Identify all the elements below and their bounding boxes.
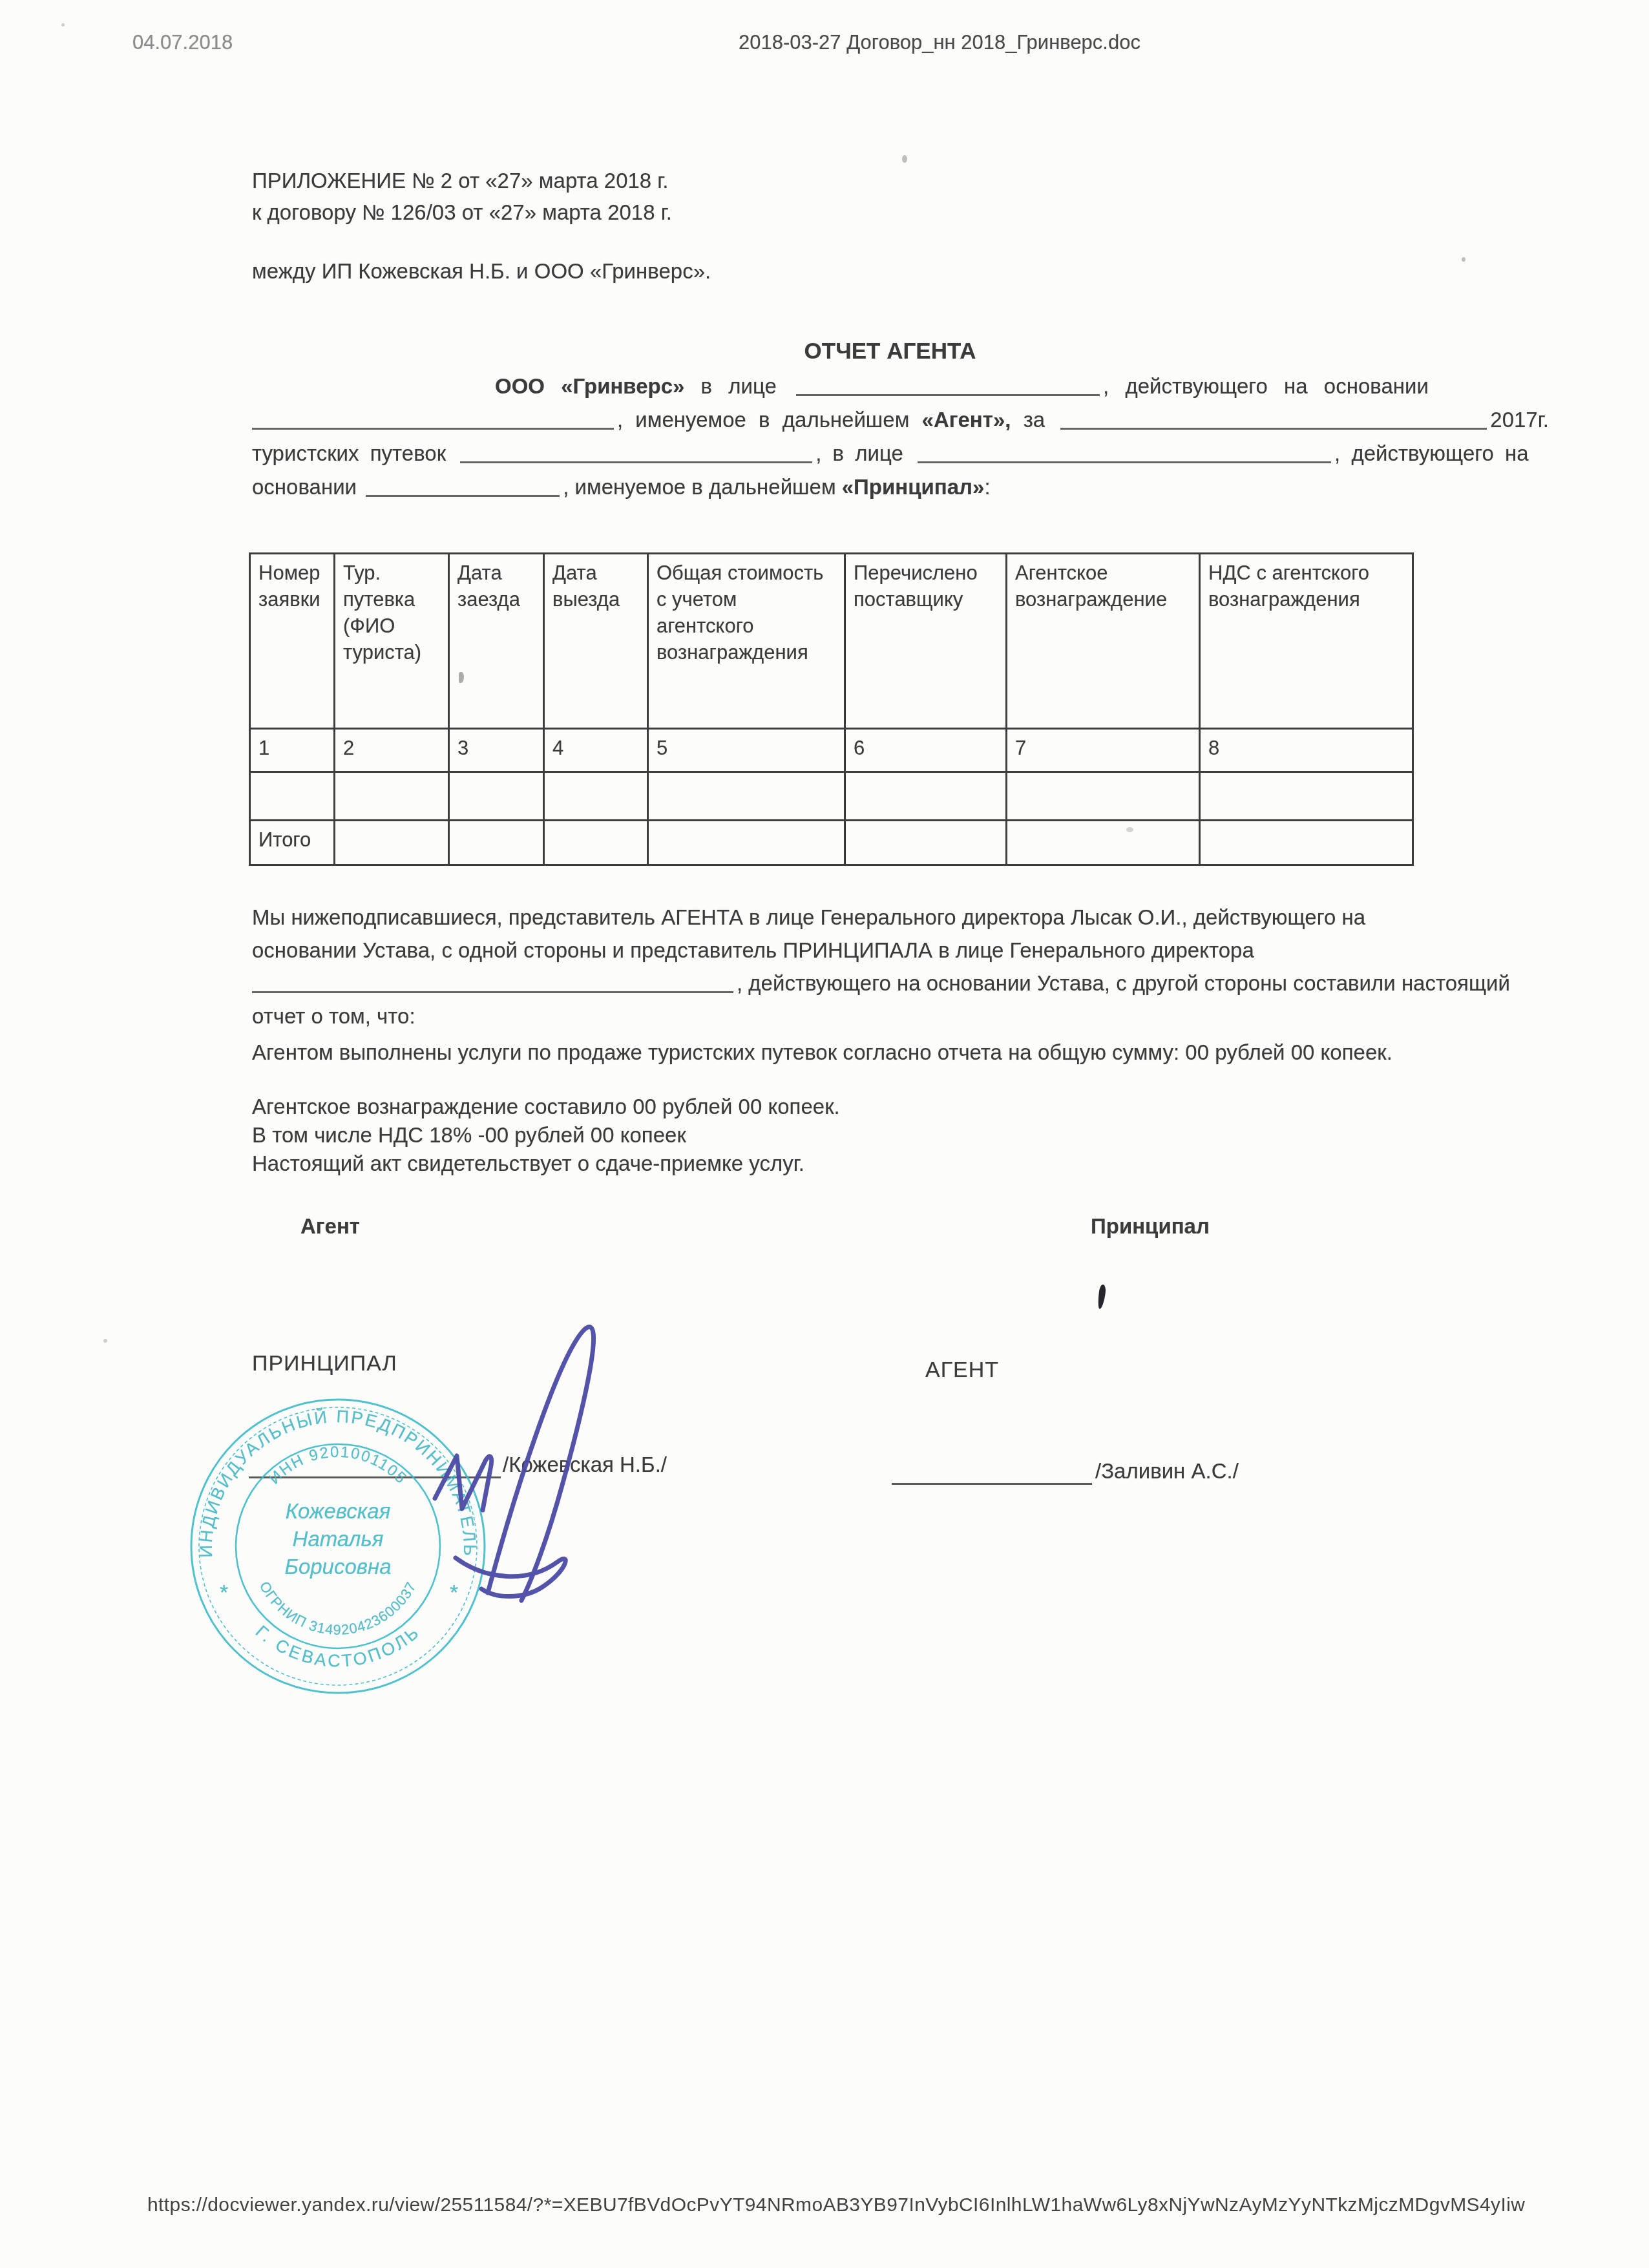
blank-line (918, 457, 1331, 463)
blank-line (252, 987, 733, 993)
blank-line (1060, 424, 1487, 430)
print-header-filename: 2018-03-27 Договор_нн 2018_Гринверс.doc (739, 28, 1140, 57)
body-p2-line-2: В том числе НДС 18% -00 рублей 00 копеек (252, 1121, 686, 1150)
opening-line-1-mid: в лице (701, 374, 777, 398)
table-header-row: Номер заявки Тур. путевка (ФИО туриста) … (250, 554, 1413, 729)
table-empty-cell (449, 772, 544, 821)
table-number-cell: 7 (1007, 729, 1200, 772)
opening-line-2-pre: , именуемое в дальнейшем (617, 408, 909, 432)
stamp-star-left: * (220, 1580, 228, 1605)
table-total-row: Итого (250, 821, 1413, 865)
agent-heading: Агент (300, 1212, 360, 1241)
blank-line (252, 424, 614, 430)
table-empty-row (250, 772, 1413, 821)
appendix-line-2: к договору № 126/03 от «27» марта 2018 г… (252, 198, 672, 227)
table-empty-cell (648, 772, 845, 821)
print-header-date: 04.07.2018 (132, 28, 233, 57)
body-p2-line-3: Настоящий акт свидетельствует о сдаче-пр… (252, 1150, 804, 1178)
table-number-row: 1 2 3 4 5 6 7 8 (250, 729, 1413, 772)
report-table: Номер заявки Тур. путевка (ФИО туриста) … (249, 552, 1414, 866)
scan-speck (103, 1339, 107, 1343)
scan-speck (1126, 827, 1133, 832)
table-number-cell: 3 (449, 729, 544, 772)
opening-line-3: туристских путевок , в лице , действующе… (252, 439, 1529, 468)
table-number-cell: 5 (648, 729, 845, 772)
table-header-paid-to-supplier: Перечислено поставщику (845, 554, 1007, 729)
table-empty-cell (544, 821, 648, 865)
agent-caps-label: АГЕНТ (925, 1356, 999, 1384)
table-header-request-number: Номер заявки (250, 554, 335, 729)
opening-line-2-mid: за (1024, 408, 1045, 432)
agent-term: «Агент», (922, 408, 1011, 432)
table-empty-cell (648, 821, 845, 865)
opening-line-2: , именуемое в дальнейшем «Агент», за 201… (252, 406, 1549, 434)
blank-line (366, 491, 560, 497)
body-p1-line-3-end: , действующего на основании Устава, с др… (737, 971, 1510, 995)
ink-signature (359, 1302, 630, 1625)
table-number-cell: 2 (335, 729, 449, 772)
table-header-total-cost: Общая стоимость с учетом агентского возн… (648, 554, 845, 729)
principal-term: «Принципал» (842, 475, 985, 499)
table-total-label: Итого (250, 821, 335, 865)
body-p1-line-1: Мы нижеподписавшиеся, представитель АГЕН… (252, 903, 1365, 932)
table-number-cell: 6 (845, 729, 1007, 772)
table-empty-cell (1200, 821, 1413, 865)
body-p1-line-2: основании Устава, с одной стороны и пред… (252, 936, 1254, 965)
opening-line-1: ООО «Гринверс» в лице , действующего на … (495, 372, 1429, 401)
appendix-parties: между ИП Кожевская Н.Б. и ООО «Гринверс»… (252, 257, 711, 286)
pen-mark (1097, 1285, 1107, 1310)
blank-line (460, 457, 812, 463)
footer-url: https://docviewer.yandex.ru/view/2551158… (147, 2194, 1525, 2216)
table-number-cell: 4 (544, 729, 648, 772)
scan-speck (1462, 257, 1465, 262)
table-empty-cell (335, 821, 449, 865)
table-header-departure-date: Дата выезда (544, 554, 648, 729)
table-empty-cell (544, 772, 648, 821)
blank-line (796, 390, 1100, 396)
scan-speck (902, 155, 907, 163)
scan-speck (61, 23, 65, 26)
body-p1-line-3: , действующего на основании Устава, с др… (252, 969, 1510, 998)
body-p1-line-4: отчет о том, что: (252, 1002, 415, 1031)
table-empty-cell (845, 772, 1007, 821)
opening-line-3-start: туристских путевок (252, 441, 446, 465)
agent-signature-line (892, 1483, 1092, 1485)
table-header-tour-voucher: Тур. путевка (ФИО туриста) (335, 554, 449, 729)
table-empty-cell (1200, 772, 1413, 821)
table-empty-cell (1007, 821, 1200, 865)
table-empty-cell (845, 821, 1007, 865)
opening-line-3-end: , действующего на (1334, 441, 1529, 465)
opening-line-3-mid: , в лице (815, 441, 903, 465)
body-p1-line-5: Агентом выполнены услуги по продаже тури… (252, 1038, 1392, 1067)
opening-line-1-end: , действующего на основании (1103, 374, 1429, 398)
table-number-cell: 1 (250, 729, 335, 772)
table-header-vat: НДС с агентского вознаграждения (1200, 554, 1413, 729)
agent-company-name: ООО «Гринверс» (495, 374, 684, 398)
table-empty-cell (250, 772, 335, 821)
table-header-agent-fee: Агентское вознаграждение (1007, 554, 1200, 729)
opening-line-4-start: основании (252, 475, 357, 499)
agent-signature-name: /Заливин А.С./ (1095, 1459, 1239, 1484)
report-title: ОТЧЕТ АГЕНТА (252, 339, 1528, 364)
table-header-arrival-date: Дата заезда (449, 554, 544, 729)
table-number-cell: 8 (1200, 729, 1413, 772)
opening-line-4: основании , именуемое в дальнейшем «Прин… (252, 473, 991, 501)
table-empty-cell (335, 772, 449, 821)
table-empty-cell (449, 821, 544, 865)
opening-line-4-end: : (984, 475, 990, 499)
body-p2-line-1: Агентское вознаграждение составило 00 ру… (252, 1093, 840, 1121)
table-empty-cell (1007, 772, 1200, 821)
opening-line-4-mid: , именуемое в дальнейшем (563, 475, 835, 499)
principal-heading: Принципал (1091, 1212, 1210, 1241)
opening-line-2-year: 2017г. (1490, 408, 1549, 432)
appendix-line-1: ПРИЛОЖЕНИЕ № 2 от «27» марта 2018 г. (252, 167, 669, 195)
scanned-document-page: 04.07.2018 2018-03-27 Договор_нн 2018_Гр… (0, 0, 1649, 2268)
